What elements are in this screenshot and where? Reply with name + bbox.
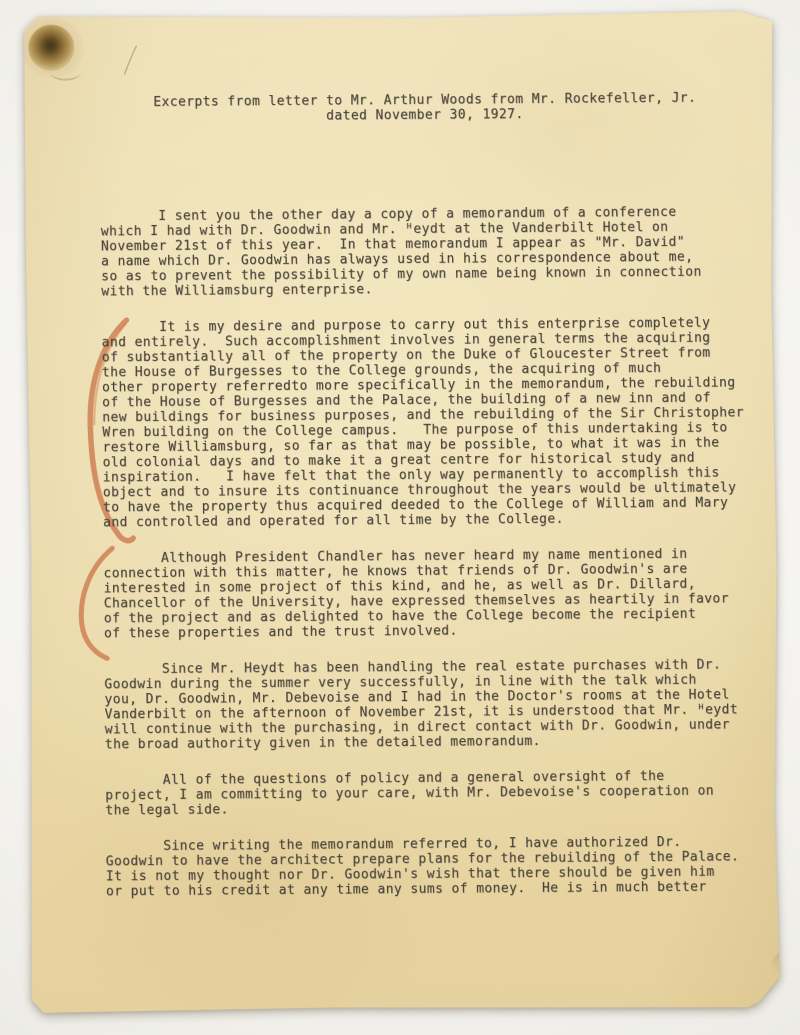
photo-background: Excerpts from letter to Mr. Arthur Woods… [0,0,800,1035]
burn-stain-crease [50,65,80,81]
typed-content: Excerpts from letter to Mr. Arthur Woods… [100,90,756,920]
paragraph: Since Mr. Heydt has been handling the re… [104,657,755,752]
paragraph: Although President Chandler has never he… [103,546,754,641]
letter-paper: Excerpts from letter to Mr. Arthur Woods… [24,11,780,1013]
paragraph: I sent you the other day a copy of a mem… [101,204,752,299]
paragraph: All of the questions of policy and a gen… [105,768,755,818]
letter-title: Excerpts from letter to Mr. Arthur Woods… [100,90,750,125]
letter-body: I sent you the other day a copy of a mem… [101,204,756,899]
pencil-slash-mark [120,44,140,76]
folded-corner [753,951,779,983]
paper-wrap: Excerpts from letter to Mr. Arthur Woods… [24,11,780,1013]
paragraph: It is my desire and purpose to carry out… [101,315,753,530]
paragraph: Since writing the memorandum referred to… [106,834,756,899]
